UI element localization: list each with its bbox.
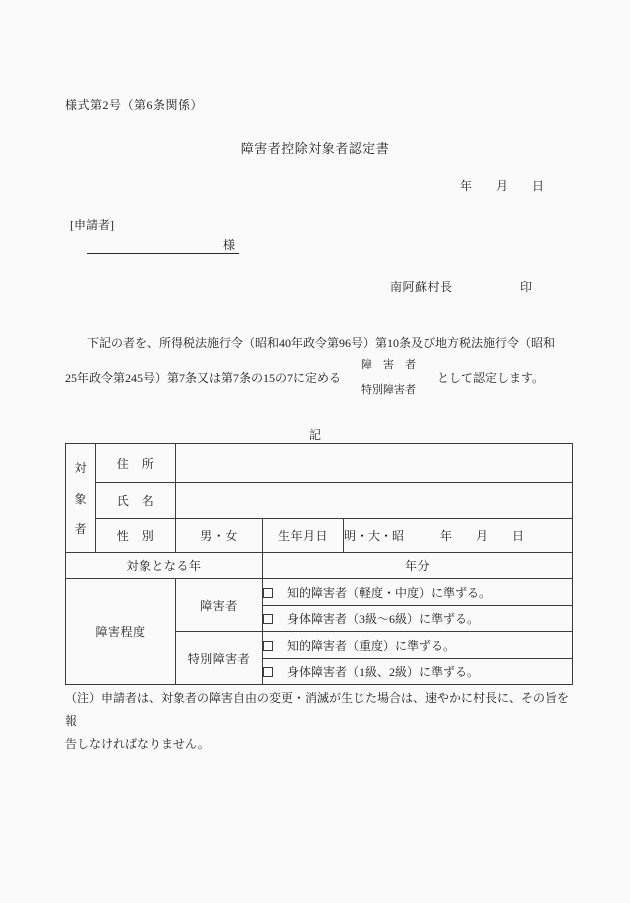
name-value-cell (176, 483, 573, 519)
document-title: 障害者控除対象者認定書 (0, 138, 630, 157)
document-page: 様式第2号（第6条関係） 障害者控除対象者認定書 年 月 日 [申請者] 様 南… (0, 0, 630, 903)
category-special-label: 特別障害者 (176, 632, 263, 685)
subject-vertical-header: 対 象 者 (66, 444, 96, 553)
subject-char-2: 象 (74, 490, 86, 507)
checkbox-icon (263, 667, 273, 677)
address-value-cell (176, 444, 573, 483)
category-stack-bottom: 特別障害者 (361, 384, 416, 396)
checkbox-icon (263, 588, 273, 598)
body-text-line1: 下記の者を、所得税法施行令（昭和40年政令第96号）第10条及び地方税法施行令（… (87, 334, 555, 351)
footnote-line1: （注）申請者は、対象者の障害自由の変更・消滅が生じた場合は、速やかに村長に、その… (65, 687, 577, 733)
birthdate-value: 明・大・昭 年 月 日 (344, 519, 573, 553)
footnote: （注）申請者は、対象者の障害自由の変更・消滅が生じた場合は、速やかに村長に、その… (65, 687, 577, 756)
category-stack-top: 障 害 者 (361, 359, 416, 371)
body-text-line2: 25年政令第245号）第7条又は第7条の15の7に定める (65, 369, 341, 386)
record-mark: 記 (0, 426, 630, 443)
option-row-3: 知的障害者（重度）に準ずる。 (263, 632, 573, 659)
subject-char-1: 対 (74, 459, 86, 476)
form-number: 様式第2号（第6条関係） (65, 96, 203, 113)
option-row-1: 知的障害者（軽度・中度）に準ずる。 (263, 579, 573, 606)
birthdate-label: 生年月日 (263, 519, 344, 553)
body-text-line2-end: として認定します。 (437, 369, 544, 386)
severity-label: 障害程度 (66, 579, 176, 685)
option-row-4: 身体障害者（1級、2級）に準ずる。 (263, 659, 573, 685)
option-label-3: 知的障害者（重度）に準ずる。 (287, 639, 455, 653)
option-row-2: 身体障害者（3級～6級）に準ずる。 (263, 606, 573, 632)
certificate-table: 対 象 者 住 所 氏 名 性 別 男・女 生年月日 明・大・昭 年 月 日 (65, 443, 573, 685)
seal-mark: 印 (520, 278, 532, 295)
footnote-line2: 告しなければなりません。 (65, 733, 577, 756)
category-disabled-label: 障害者 (176, 579, 263, 632)
sex-label: 性 別 (96, 519, 176, 553)
checkbox-icon (263, 641, 273, 651)
target-year-label: 対象となる年 (66, 553, 263, 579)
name-label: 氏 名 (96, 483, 176, 519)
category-stack: 障 害 者 特別障害者 (361, 359, 416, 396)
address-label: 住 所 (96, 444, 176, 483)
option-label-1: 知的障害者（軽度・中度）に準ずる。 (287, 586, 491, 600)
applicant-name-line: 様 (87, 236, 239, 254)
body-text-line2-row: 25年政令第245号）第7条又は第7条の15の7に定める 障 害 者 特別障害者… (65, 354, 544, 400)
subject-char-3: 者 (74, 520, 86, 537)
checkbox-icon (263, 614, 273, 624)
target-year-value: 年分 (263, 553, 573, 579)
issuer-name: 南阿蘇村長 (390, 278, 453, 295)
applicant-label: [申請者] (70, 216, 114, 233)
date-line: 年 月 日 (460, 177, 544, 194)
sex-value: 男・女 (176, 519, 263, 553)
applicant-honorific: 様 (223, 238, 235, 252)
option-label-4: 身体障害者（1級、2級）に準ずる。 (287, 665, 479, 679)
option-label-2: 身体障害者（3級～6級）に準ずる。 (287, 612, 479, 626)
